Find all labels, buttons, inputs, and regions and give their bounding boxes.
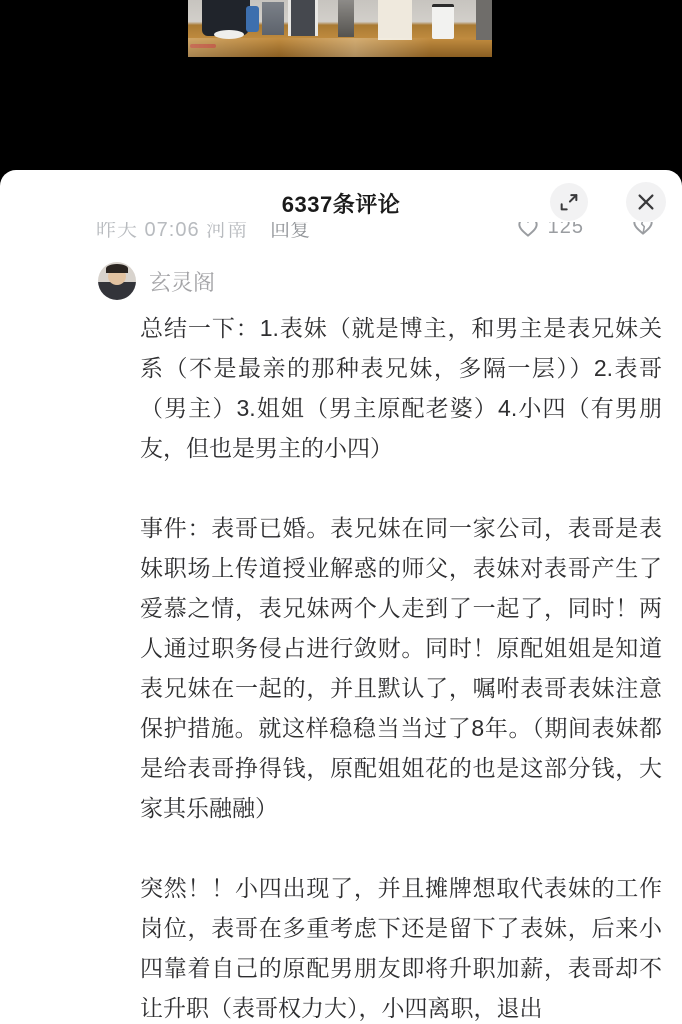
dislike-button[interactable] xyxy=(630,222,656,243)
comment-time-location: 昨天 07:06 河南 xyxy=(96,222,248,242)
video-preview-art xyxy=(262,2,284,35)
video-preview-art xyxy=(288,0,318,36)
comment-paragraph: 突然！！小四出现了，并且摊牌想取代表妹的工作岗位，表哥在多重考虑下还是留下了表妹… xyxy=(140,868,662,1024)
comment-text: 总结一下：1.表妹（就是博主，和男主是表兄妹关系（不是最亲的那种表兄妹，多隔一层… xyxy=(140,308,662,1024)
video-preview-art xyxy=(476,0,492,40)
comments-scroll-area[interactable]: 昨天 07:06 河南 回复 125 玄灵阁 总结一下：1.表妹（就是博主，和男… xyxy=(0,222,682,1024)
video-preview-art xyxy=(432,4,454,39)
like-count: 125 xyxy=(548,222,584,239)
video-preview-art xyxy=(378,0,412,40)
comment-paragraph: 总结一下：1.表妹（就是博主，和男主是表兄妹关系（不是最亲的那种表兄妹，多隔一层… xyxy=(140,308,662,468)
avatar[interactable] xyxy=(98,262,136,300)
expand-icon xyxy=(558,191,580,213)
close-icon xyxy=(635,191,657,213)
comment-head: 玄灵阁 xyxy=(98,262,662,300)
comments-header: 6337条评论 xyxy=(0,170,682,222)
comment-item: 玄灵阁 总结一下：1.表妹（就是博主，和男主是表兄妹关系（不是最亲的那种表兄妹，… xyxy=(0,262,682,1024)
comment-username[interactable]: 玄灵阁 xyxy=(149,266,215,297)
video-preview-art xyxy=(338,0,354,37)
reply-button[interactable]: 回复 xyxy=(270,222,310,242)
comment-paragraph: 事件：表哥已婚。表兄妹在同一家公司，表哥是表妹职场上传道授业解惑的师父，表妹对表… xyxy=(140,508,662,828)
comments-panel: 6337条评论 昨天 07:06 河南 回复 125 xyxy=(0,170,682,1024)
expand-button[interactable] xyxy=(550,183,588,221)
video-preview-art xyxy=(246,6,259,32)
broken-heart-icon xyxy=(630,222,656,238)
close-button[interactable] xyxy=(626,182,666,222)
previous-comment-action-row: 昨天 07:06 河南 回复 125 xyxy=(0,222,682,248)
video-preview-art xyxy=(188,38,492,57)
video-preview[interactable] xyxy=(188,0,492,57)
heart-icon[interactable] xyxy=(515,222,541,240)
